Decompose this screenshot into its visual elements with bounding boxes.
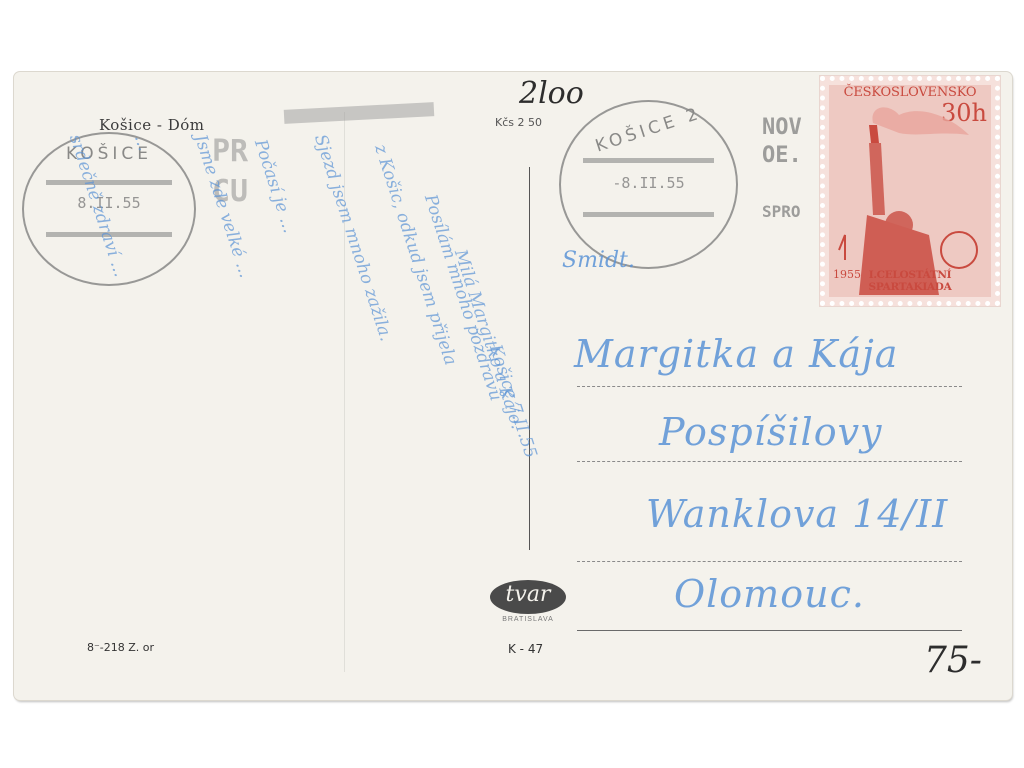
slogan-line: OE.	[762, 142, 802, 170]
handwritten-sender-note: Smidt.	[562, 248, 635, 273]
publisher-city: BRATISLAVA	[490, 616, 566, 623]
address-line-1: Margitka a Kája	[574, 332, 898, 376]
slogan-line: NOV	[762, 114, 802, 142]
stamp-image: ČESKOSLOVENSKO 30h 1955 I.CELOSTÁTNÍ SPA…	[829, 85, 991, 297]
print-code: 8⁻-218 Z. or	[87, 641, 154, 654]
slogan-line: SPRO	[762, 198, 802, 226]
address-rule	[577, 630, 962, 631]
price-label: Kčs 2 50	[495, 116, 542, 129]
address-rule	[577, 461, 962, 462]
pencil-note-top: 2loo	[519, 76, 584, 111]
postcard-title: Košice - Dóm	[99, 116, 205, 134]
postmark-bar	[46, 180, 172, 185]
pencil-note-bottom: 75-	[924, 640, 982, 681]
postage-stamp: ČESKOSLOVENSKO 30h 1955 I.CELOSTÁTNÍ SPA…	[820, 76, 1000, 306]
publisher-name: tvar	[490, 582, 566, 607]
series-code: K - 47	[508, 642, 543, 656]
postmark-right: KOŠICE 2 -8.II.55	[559, 100, 738, 269]
address-rule	[577, 561, 962, 562]
stamp-caption: I.CELOSTÁTNÍ SPARTAKIADA	[829, 269, 991, 293]
postcard-back: KOŠICE 8.II.55 Košice - Dóm Kčs 2 50 PRC…	[14, 72, 1012, 700]
postmark-bar	[583, 212, 714, 217]
address-line-3: Wanklova 14/II	[646, 492, 948, 536]
center-divider	[529, 167, 530, 550]
address-line-4: Olomouc.	[674, 572, 865, 616]
postmark-date: -8.II.55	[561, 174, 736, 192]
postmark-bar	[583, 158, 714, 163]
address-line-2: Pospíšilovy	[659, 410, 883, 454]
address-rule	[577, 386, 962, 387]
publisher-logo: tvar BRATISLAVA	[490, 580, 566, 624]
message-line: Počasí je ...	[250, 137, 299, 236]
postmark-town: KOŠICE	[24, 144, 194, 164]
torch-bearer-icon	[829, 85, 993, 295]
slogan-cancel: NOV OE. SPRO	[762, 114, 802, 226]
cancel-smudge	[284, 102, 435, 124]
postmark-town: KOŠICE 2	[562, 93, 735, 166]
